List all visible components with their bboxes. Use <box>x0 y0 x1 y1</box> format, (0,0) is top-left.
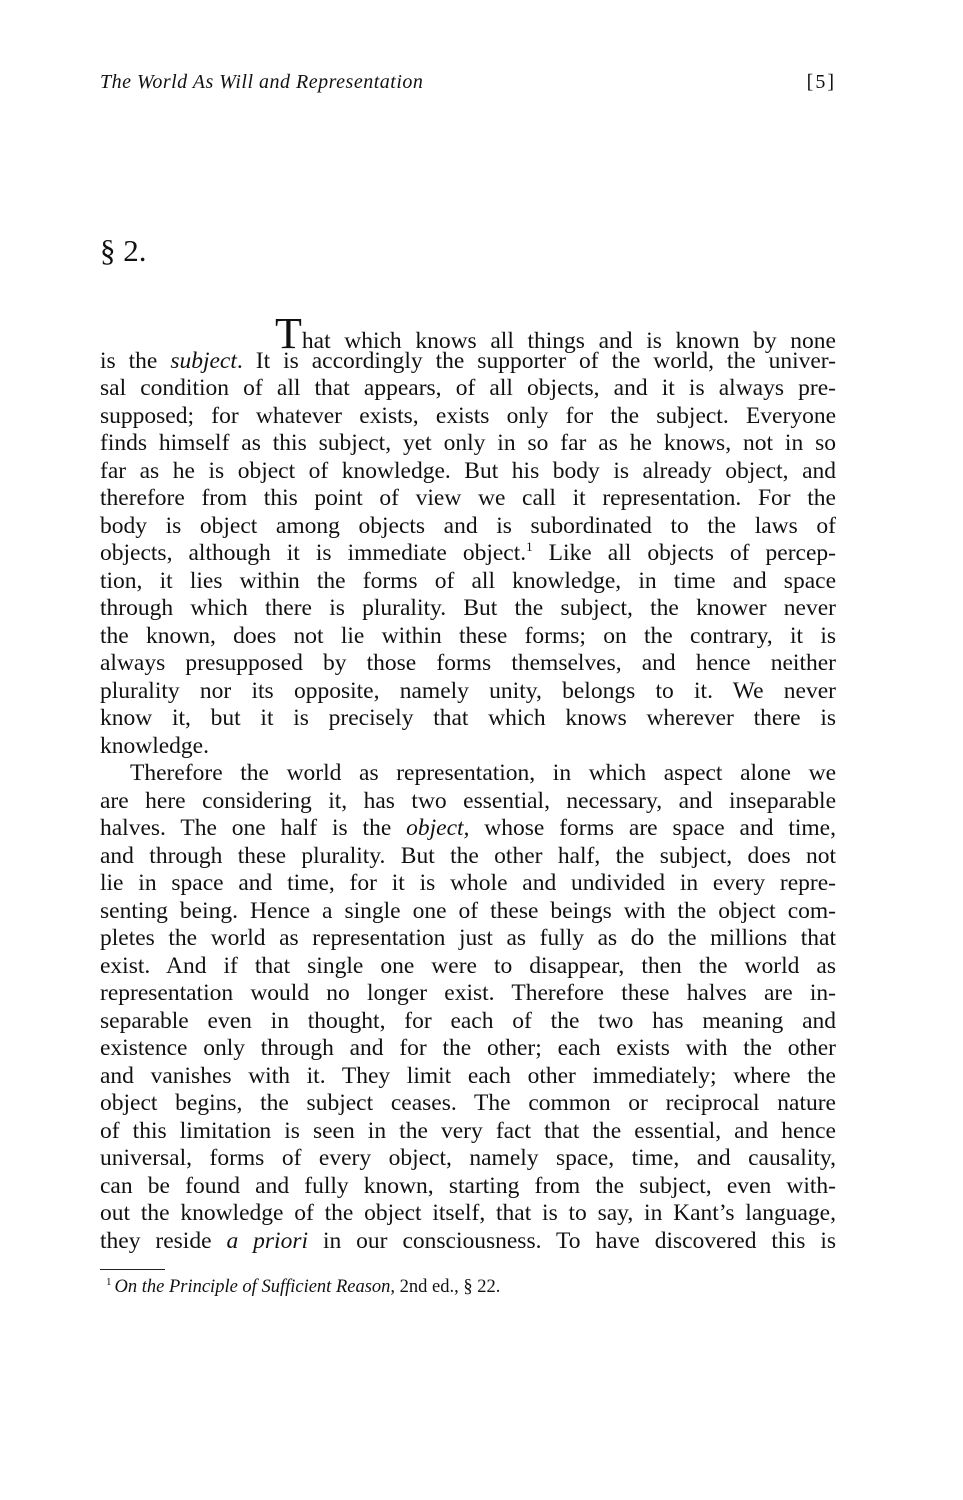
footnote: 1On the Principle of Sufficient Reason, … <box>106 1274 500 1300</box>
text-line: they reside a priori in our consciousnes… <box>100 1228 836 1256</box>
text-line: tion, it lies within the forms of all kn… <box>100 568 836 596</box>
text-line: the known, does not lie within these for… <box>100 623 836 651</box>
text-line: and vanishes with it. They limit each ot… <box>100 1063 836 1091</box>
text-line: always presupposed by those forms themse… <box>100 650 836 678</box>
text-line: know it, but it is precisely that which … <box>100 705 836 733</box>
text-line: plurality nor its opposite, namely unity… <box>100 678 836 706</box>
text-line: finds himself as this subject, yet only … <box>100 430 836 458</box>
drop-cap: T <box>275 309 302 358</box>
footnote-citation-detail: 2nd ed., § 22. <box>395 1277 500 1297</box>
book-title: The World As Will and Representation <box>100 71 423 94</box>
emphasis: a priori <box>226 1228 308 1254</box>
text-line: body is object among objects and is subo… <box>100 513 836 541</box>
text-line: therefore from this point of view we cal… <box>100 485 836 513</box>
text-line: supposed; for whatever exists, exists on… <box>100 403 836 431</box>
text-line: are here considering it, has two essenti… <box>100 788 836 816</box>
text-line: universal, forms of every object, namely… <box>100 1145 836 1173</box>
text-line: exist. And if that single one were to di… <box>100 953 836 981</box>
footnote-cited-title: On the Principle of Sufficient Reason, <box>115 1277 396 1297</box>
page-number: [5] <box>807 71 836 94</box>
text-line: pletes the world as representation just … <box>100 925 836 953</box>
text-line: lie in space and time, for it is whole a… <box>100 870 836 898</box>
footnote-marker: 1 <box>106 1276 112 1288</box>
text-line: sal condition of all that appears, of al… <box>100 375 836 403</box>
text-line: separable even in thought, for each of t… <box>100 1008 836 1036</box>
text-line: halves. The one half is the object, whos… <box>100 815 836 843</box>
text-line: object begins, the subject ceases. The c… <box>100 1090 836 1118</box>
text-line: of this limitation is seen in the very f… <box>100 1118 836 1146</box>
text-line: through which there is plurality. But th… <box>100 595 836 623</box>
text-line: existence only through and for the other… <box>100 1035 836 1063</box>
emphasis: object, <box>406 815 469 841</box>
text-line: out the knowledge of the object itself, … <box>100 1200 836 1228</box>
body-text: That which knows all things and is known… <box>100 320 836 1255</box>
footnote-divider <box>100 1269 165 1270</box>
text-line: objects, although it is immediate object… <box>100 540 836 568</box>
section-heading: § 2. <box>100 233 147 269</box>
running-head: The World As Will and Representation [5] <box>100 71 836 99</box>
text-line: and through these plurality. But the oth… <box>100 843 836 871</box>
text-line: senting being. Hence a single one of the… <box>100 898 836 926</box>
text-line: can be found and fully known, starting f… <box>100 1173 836 1201</box>
emphasis: subject <box>170 348 237 374</box>
text-line: knowledge. <box>100 733 836 761</box>
text-line: That which knows all things and is known… <box>100 320 836 348</box>
text-line: far as he is object of knowledge. But hi… <box>100 458 836 486</box>
text-line: representation would no longer exist. Th… <box>100 980 836 1008</box>
text-line: Therefore the world as representation, i… <box>100 760 836 788</box>
